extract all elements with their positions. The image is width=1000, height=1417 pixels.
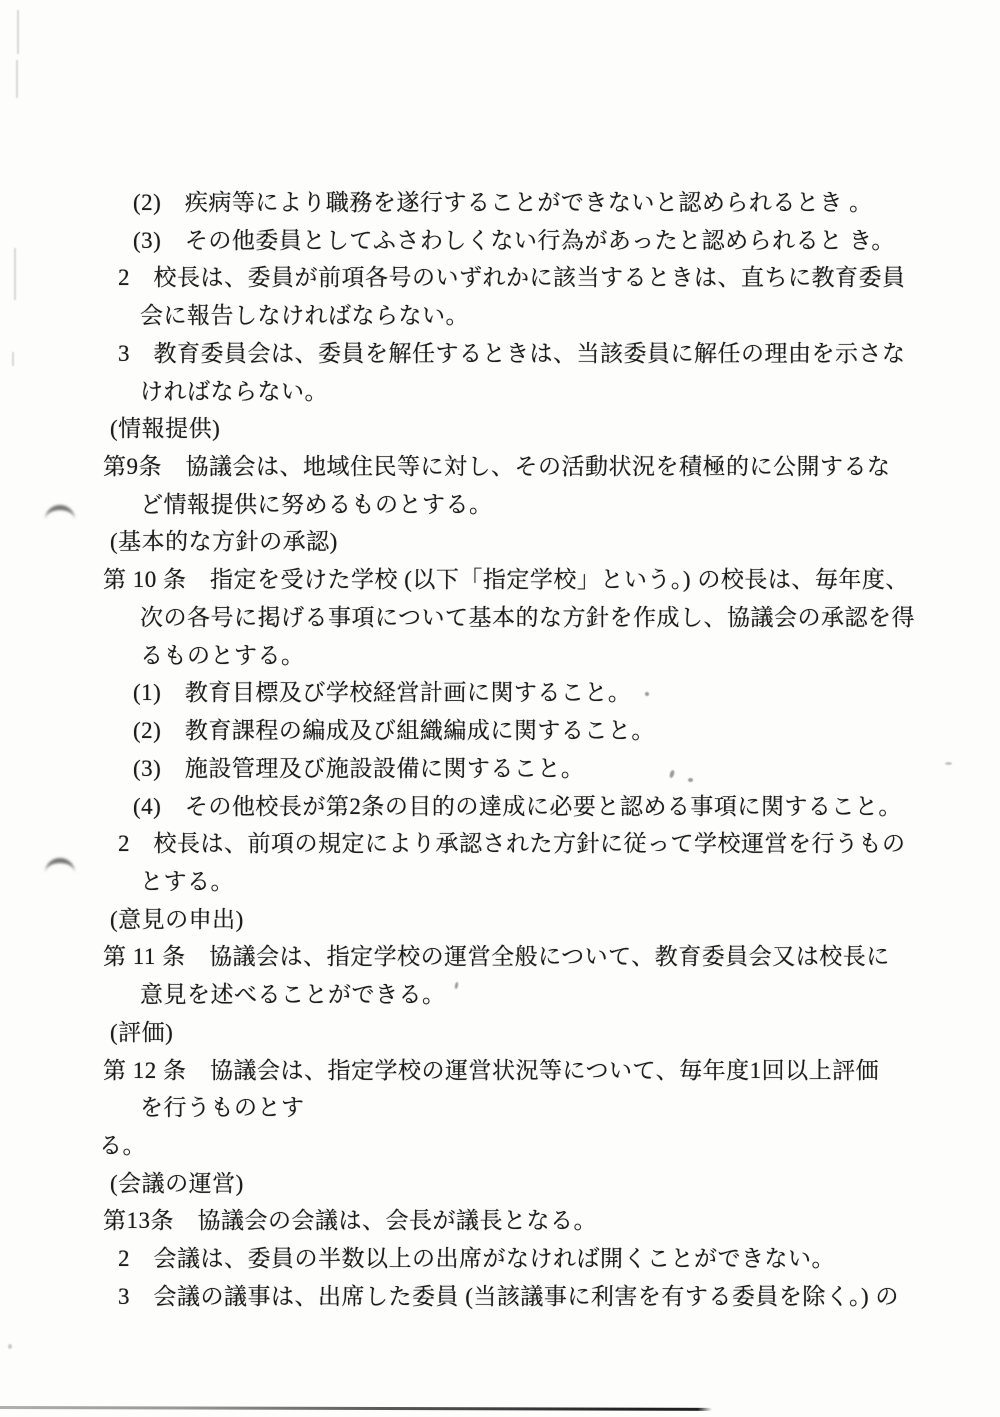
section-heading: (情報提供) xyxy=(0,410,1000,448)
ink-speck xyxy=(8,1344,12,1349)
document-line: (2) 教育課程の編成及び組織編成に関すること。 xyxy=(0,712,1000,750)
section-heading: (基本的な方針の承認) xyxy=(0,523,1000,561)
document-line: ければならない。 xyxy=(0,373,1000,411)
document-line: (2) 疾病等により職務を遂行することができないと認められるとき 。 xyxy=(0,184,1000,222)
article-line: 第 11 条 協議会は、指定学校の運営全般について、教育委員会又は校長に xyxy=(0,938,1000,976)
document-line: 意見を述べることができる。 xyxy=(0,976,1000,1014)
document-line: るものとする。 xyxy=(0,637,1000,675)
document-line: 2 校長は、委員が前項各号のいずれかに該当するときは、直ちに教育委員 xyxy=(0,259,1000,297)
article-line: 第 12 条 協議会は、指定学校の運営状況等について、毎年度1回以上評価 xyxy=(0,1052,1000,1090)
document-line: 3 教育委員会は、委員を解任するときは、当該委員に解任の理由を示さな xyxy=(0,335,1000,373)
ink-speck xyxy=(645,692,649,696)
scratch-mark xyxy=(16,60,18,98)
ink-speck xyxy=(945,762,952,765)
document-text: (2) 疾病等により職務を遂行することができないと認められるとき 。 (3) そ… xyxy=(0,184,1000,1316)
document-line: (1) 教育目標及び学校経営計画に関すること。 xyxy=(0,674,1000,712)
document-line: (3) 施設管理及び施設設備に関すること。 xyxy=(0,750,1000,788)
document-line: 3 会議の議事は、出席した委員 (当該議事に利害を有する委員を除く。) の xyxy=(0,1278,1000,1316)
document-line: 2 校長は、前項の規定により承認された方針に従って学校運営を行うもの xyxy=(0,825,1000,863)
document-line: 次の各号に掲げる事項について基本的な方針を作成し、協議会の承認を得 xyxy=(0,599,1000,637)
document-line: 2 会議は、委員の半数以上の出席がなければ開くことができない。 xyxy=(0,1240,1000,1278)
article-line: 第13条 協議会の会議は、会長が議長となる。 xyxy=(0,1202,1000,1240)
page-edge-scan-line xyxy=(0,1406,712,1410)
section-heading: (評価) xyxy=(0,1014,1000,1052)
article-line: 第9条 協議会は、地域住民等に対し、その活動状況を積極的に公開するな xyxy=(0,448,1000,486)
section-heading: (意見の申出) xyxy=(0,901,1000,939)
ink-speck xyxy=(688,778,693,782)
document-line: ど情報提供に努めるものとする。 xyxy=(0,486,1000,524)
document-line: を行うものとす xyxy=(0,1089,1000,1127)
document-line: る。 xyxy=(0,1127,1000,1165)
document-line: (4) その他校長が第2条の目的の達成に必要と認める事項に関すること。 xyxy=(0,788,1000,826)
document-line: (3) その他委員としてふさわしくない行為があったと認められると き。 xyxy=(0,222,1000,260)
document-line: とする。 xyxy=(0,863,1000,901)
document-line: 会に報告しなければならない。 xyxy=(0,297,1000,335)
scratch-mark xyxy=(17,10,19,54)
article-line: 第 10 条 指定を受けた学校 (以下「指定学校」という。) の校長は、毎年度、 xyxy=(0,561,1000,599)
section-heading: (会議の運営) xyxy=(0,1165,1000,1203)
scanned-document-page: (2) 疾病等により職務を遂行することができないと認められるとき 。 (3) そ… xyxy=(0,0,1000,1417)
